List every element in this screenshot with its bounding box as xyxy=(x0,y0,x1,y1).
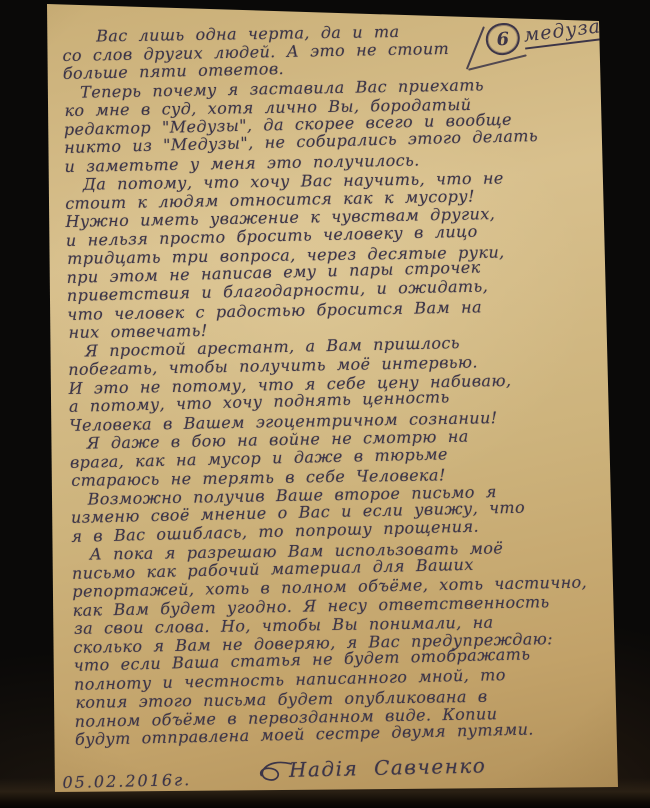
letter-footer: 05.02.2016г. Надія Савченко xyxy=(62,750,583,792)
letter-date: 05.02.2016г. xyxy=(62,770,191,792)
signature-block: Надія Савченко xyxy=(253,752,487,783)
letter-body: Вас лишь одна черта, да и тасо слов друг… xyxy=(62,18,609,749)
photo-background: 6 медуза Вас лишь одна черта, да и тасо … xyxy=(0,0,650,808)
letter-paper: 6 медуза Вас лишь одна черта, да и тасо … xyxy=(0,0,650,808)
signature-flourish-icon xyxy=(253,759,296,786)
signature: Надія Савченко xyxy=(289,753,487,781)
